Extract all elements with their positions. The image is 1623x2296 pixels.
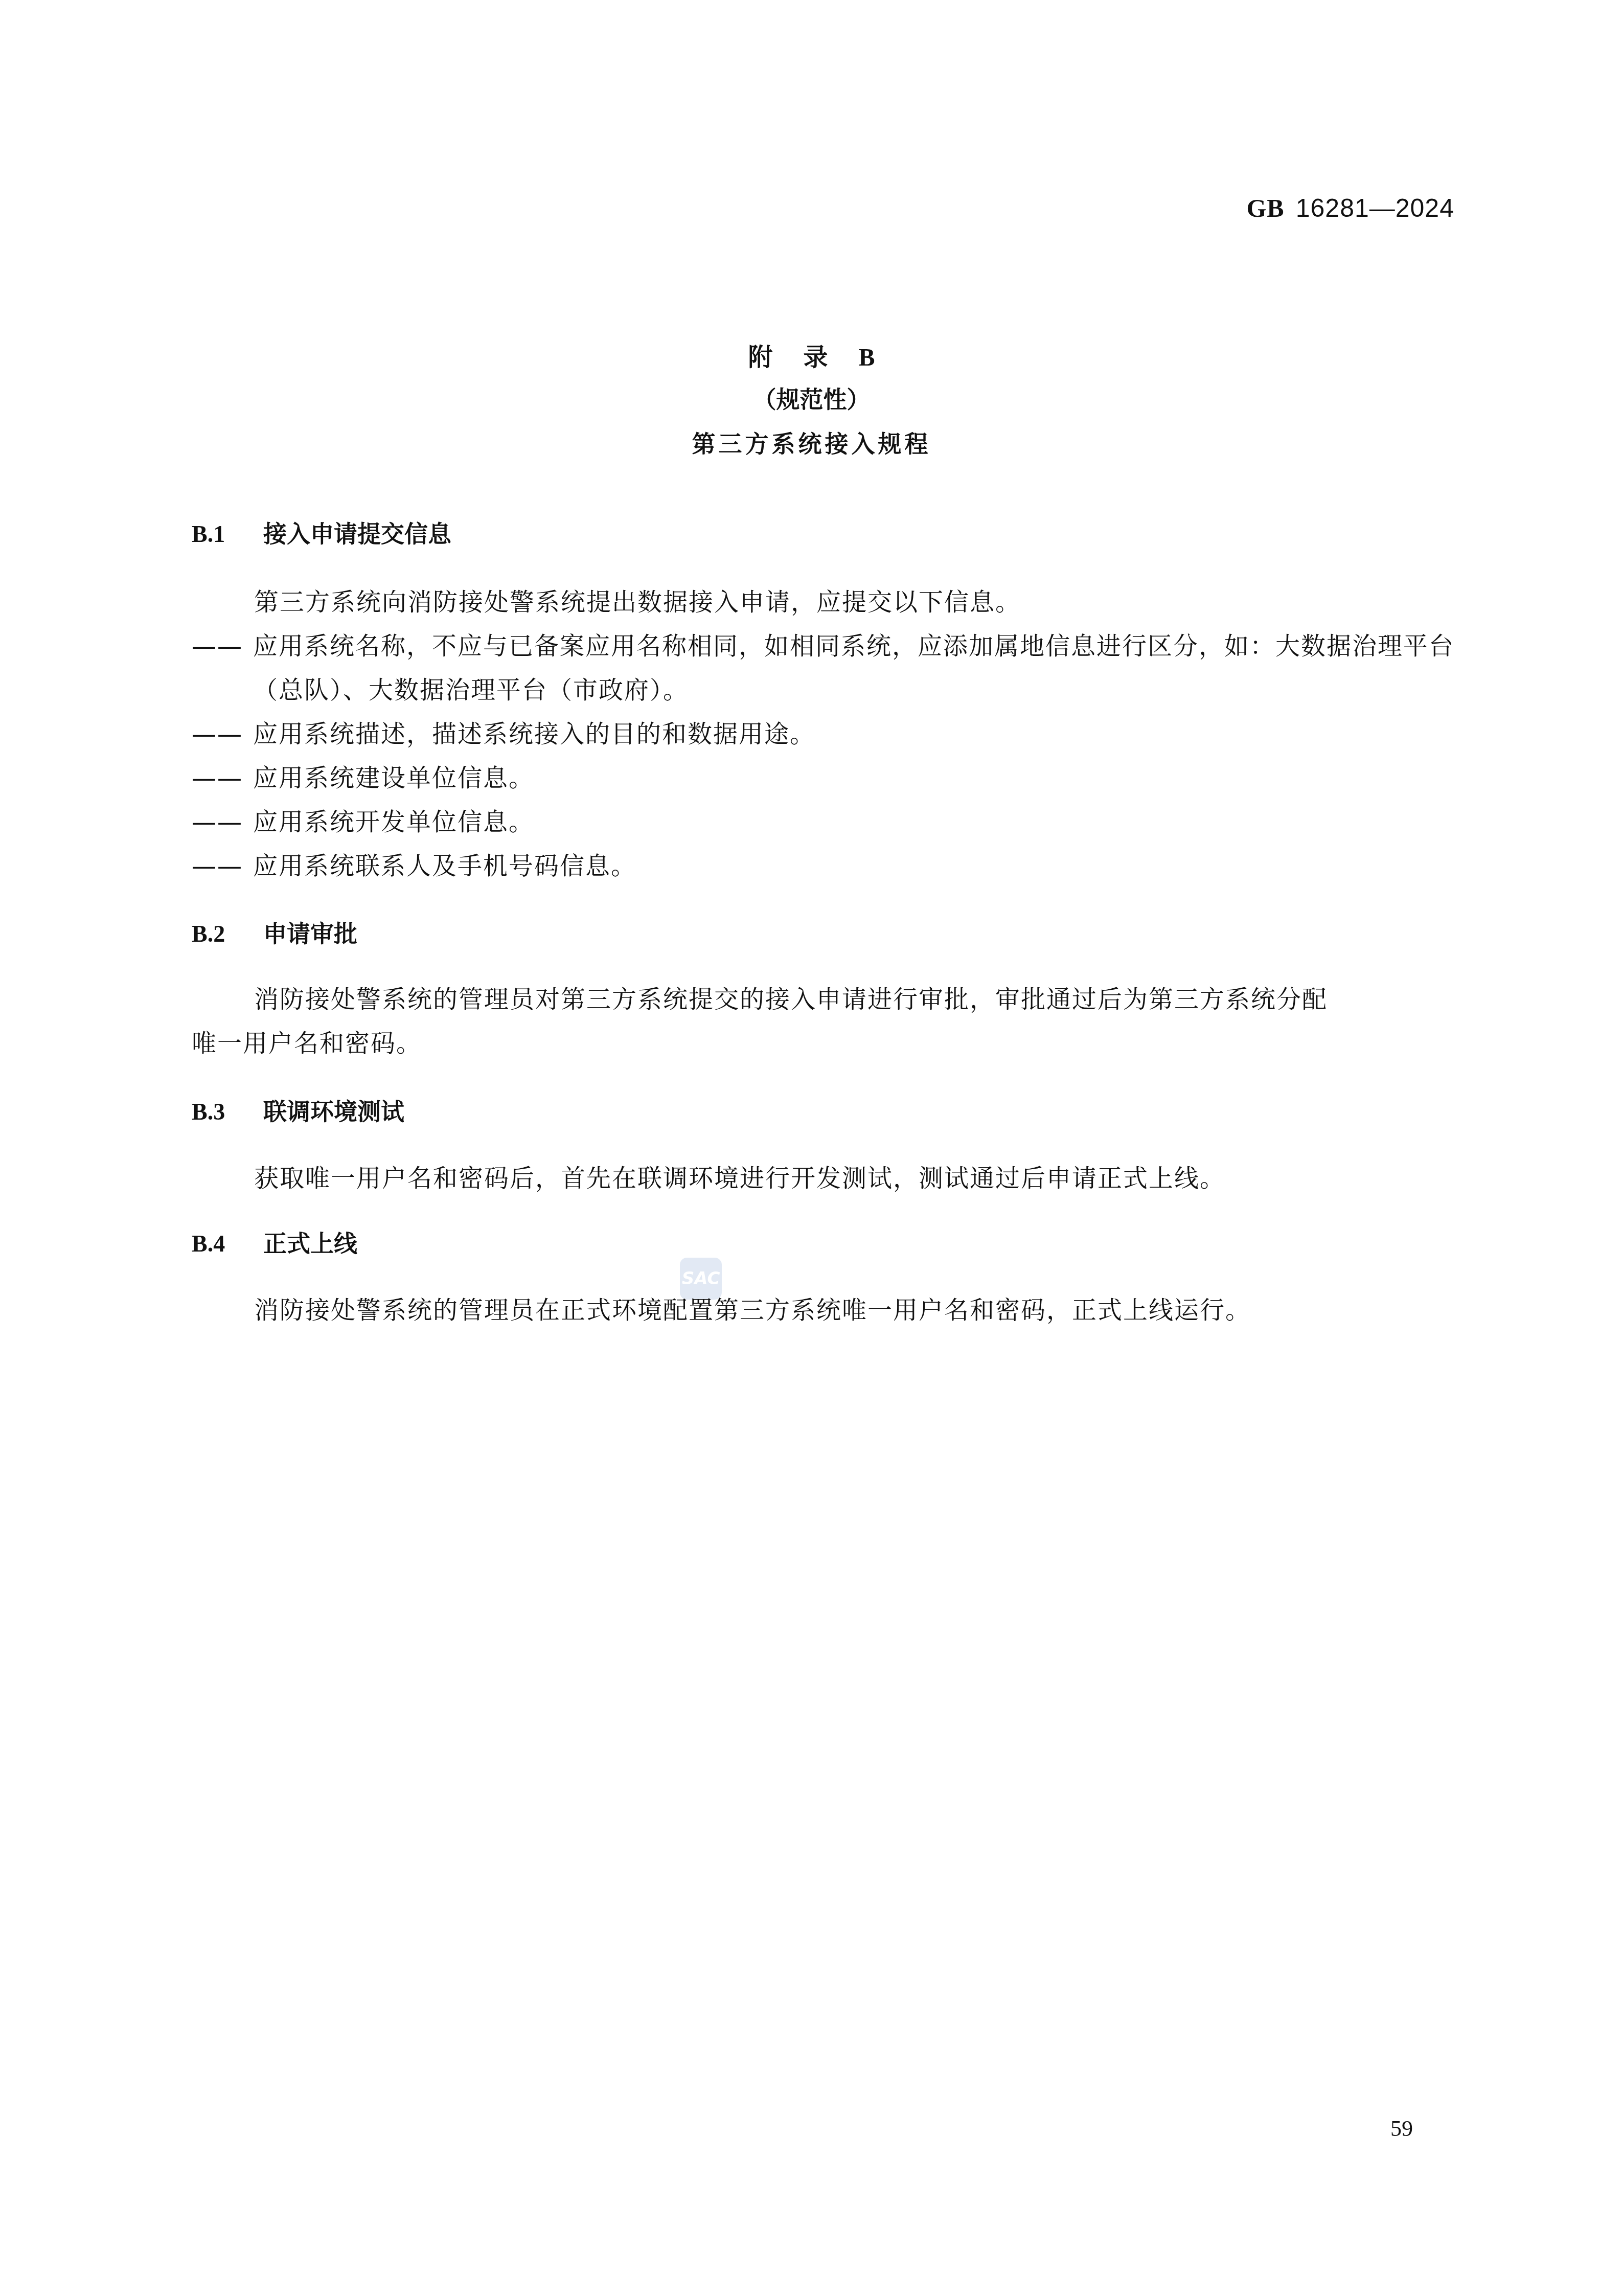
list-dash: —— — [192, 624, 253, 668]
list-item: ——应用系统开发单位信息。 — [192, 800, 1454, 844]
section-number: B.1 — [192, 520, 263, 548]
section-b3-para: 获取唯一用户名和密码后，首先在联调环境进行开发测试，测试通过后申请正式上线。 — [254, 1156, 1454, 1200]
list-item-text: 应用系统联系人及手机号码信息。 — [253, 852, 636, 880]
standard-prefix: GB — [1246, 194, 1284, 222]
list-dash: —— — [192, 800, 253, 844]
annex-letter: B — [859, 344, 875, 371]
section-number: B.3 — [192, 1098, 263, 1125]
list-item-text: 应用系统名称，不应与已备案应用名称相同，如相同系统，应添加属地信息进行区分，如：… — [253, 632, 1454, 704]
section-b2-para-line2: 唯一用户名和密码。 — [192, 1021, 1454, 1065]
standard-code: GB16281—2024 — [1246, 193, 1454, 223]
list-item-text: 应用系统建设单位信息。 — [253, 764, 534, 792]
annex-type: （规范性） — [0, 381, 1623, 415]
annex-label-part: 录 — [803, 343, 828, 372]
section-title: 申请审批 — [263, 920, 357, 947]
section-number: B.4 — [192, 1230, 263, 1257]
section-heading-b3: B.3联调环境测试 — [192, 1093, 404, 1127]
section-number: B.2 — [192, 920, 263, 947]
list-dash: —— — [192, 844, 253, 888]
list-dash: —— — [192, 712, 253, 756]
section-b1-intro: 第三方系统向消防接处警系统提出数据接入申请，应提交以下信息。 — [254, 580, 1454, 624]
list-item: ——应用系统名称，不应与已备案应用名称相同，如相同系统，应添加属地信息进行区分，… — [192, 624, 1454, 712]
section-title: 正式上线 — [263, 1230, 357, 1257]
annex-title: 第三方系统接入规程 — [0, 425, 1623, 459]
list-item: ——应用系统联系人及手机号码信息。 — [192, 844, 1454, 888]
section-title: 接入申请提交信息 — [263, 520, 451, 548]
section-heading-b1: B.1接入申请提交信息 — [192, 515, 451, 549]
page-number: 59 — [1390, 2116, 1413, 2142]
list-item: ——应用系统建设单位信息。 — [192, 756, 1454, 800]
list-item: ——应用系统描述，描述系统接入的目的和数据用途。 — [192, 712, 1454, 756]
section-b4-para: 消防接处警系统的管理员在正式环境配置第三方系统唯一用户名和密码，正式上线运行。 — [254, 1288, 1454, 1332]
standard-number: 16281—2024 — [1296, 194, 1454, 222]
document-page: GB16281—2024 附录B （规范性） 第三方系统接入规程 B.1接入申请… — [0, 0, 1623, 2296]
list-dash: —— — [192, 756, 253, 800]
list-item-text: 应用系统开发单位信息。 — [253, 808, 534, 836]
section-title: 联调环境测试 — [263, 1098, 404, 1125]
section-heading-b2: B.2申请审批 — [192, 915, 357, 949]
section-heading-b4: B.4正式上线 — [192, 1225, 357, 1259]
section-b2-para-line1: 消防接处警系统的管理员对第三方系统提交的接入申请进行审批，审批通过后为第三方系统… — [254, 977, 1454, 1021]
annex-label-part: 附 — [748, 343, 772, 372]
list-item-text: 应用系统描述，描述系统接入的目的和数据用途。 — [253, 720, 815, 748]
annex-label: 附录B — [0, 337, 1623, 373]
